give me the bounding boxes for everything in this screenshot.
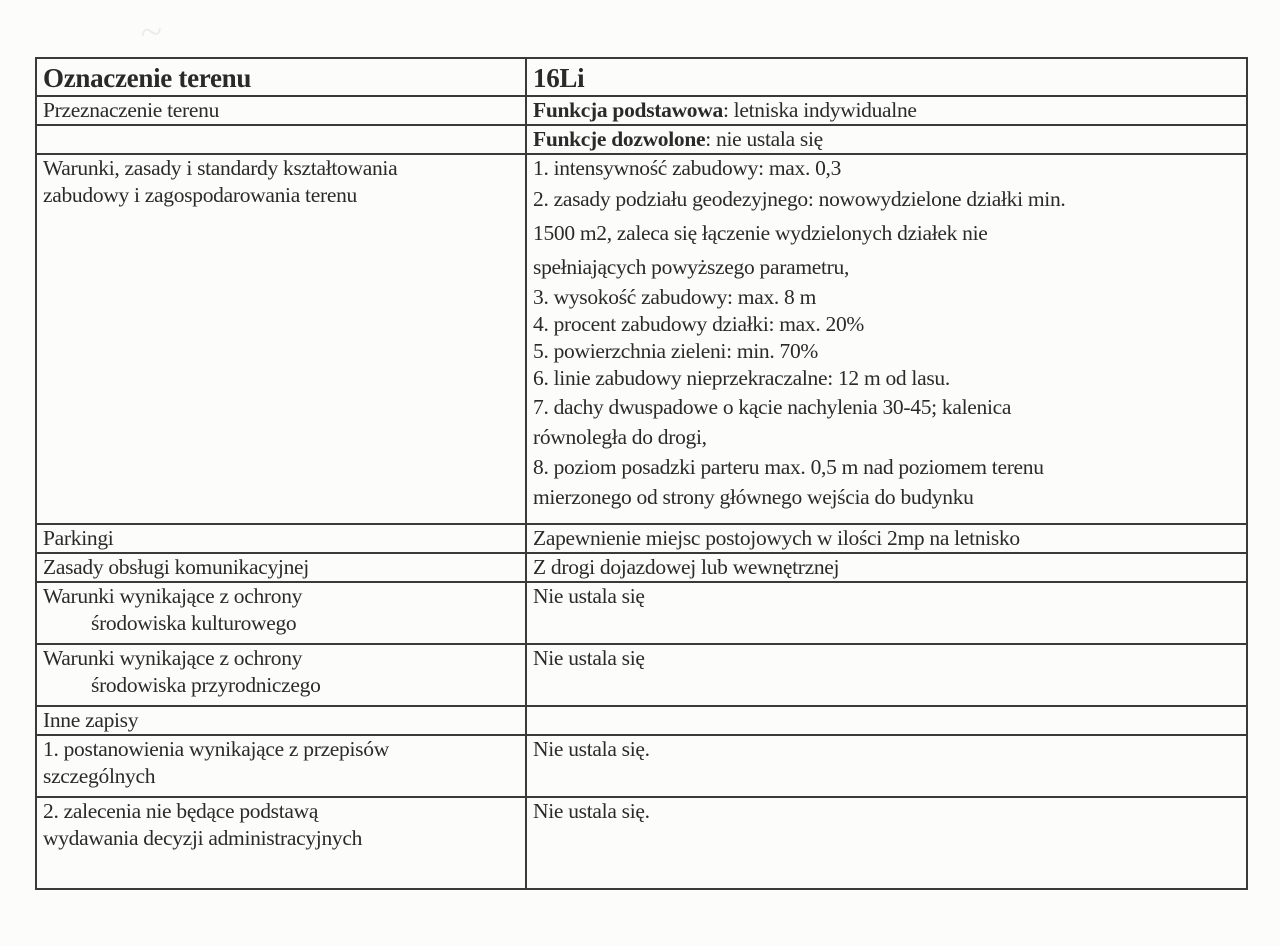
table-row-inne: Inne zapisy xyxy=(36,706,1247,735)
przeznaczenie-value: Funkcja podstawowa: letniska indywidualn… xyxy=(526,96,1247,125)
warunki-item: spełniających powyższego parametru, xyxy=(533,250,1240,284)
scanned-page: ~ Oznaczenie terenu 16Li Przeznaczenie t… xyxy=(0,0,1280,946)
table-row-zalecenia: 2. zalecenia nie będące podstawą wydawan… xyxy=(36,797,1247,889)
header-value: 16Li xyxy=(526,58,1247,96)
zalecenia-label-line1: 2. zalecenia nie będące podstawą xyxy=(43,798,519,825)
komunikacja-value: Z drogi dojazdowej lub wewnętrznej xyxy=(526,553,1247,582)
warunki-label: Warunki, zasady i standardy kształtowani… xyxy=(36,154,526,524)
funkcje-dozwolone-label-empty xyxy=(36,125,526,154)
warunki-item: 1500 m2, zaleca się łączenie wydzielonyc… xyxy=(533,216,1240,250)
postanowienia-label: 1. postanowienia wynikające z przepisów … xyxy=(36,735,526,797)
funkcja-podstawowa-label: Funkcja podstawowa xyxy=(533,98,723,122)
przyrodnicze-label-line1: Warunki wynikające z ochrony xyxy=(43,645,519,672)
kulturowe-label-line1: Warunki wynikające z ochrony xyxy=(43,583,519,610)
faint-handwriting: ~ xyxy=(138,7,163,55)
warunki-item: mierzonego od strony głównego wejścia do… xyxy=(533,482,1240,512)
zoning-table: Oznaczenie terenu 16Li Przeznaczenie ter… xyxy=(35,57,1248,890)
warunki-item: 2. zasady podziału geodezyjnego: nowowyd… xyxy=(533,182,1240,216)
kulturowe-value: Nie ustala się xyxy=(526,582,1247,644)
table-row-przeznaczenie: Przeznaczenie terenu Funkcja podstawowa:… xyxy=(36,96,1247,125)
inne-label: Inne zapisy xyxy=(36,706,526,735)
warunki-label-line2: zabudowy i zagospodarowania terenu xyxy=(43,182,519,209)
parkingi-label: Parkingi xyxy=(36,524,526,553)
zalecenia-label-line2: wydawania decyzji administracyjnych xyxy=(43,825,519,852)
warunki-item: 4. procent zabudowy działki: max. 20% xyxy=(533,311,1240,338)
table-row-przyrodnicze: Warunki wynikające z ochrony środowiska … xyxy=(36,644,1247,706)
warunki-item: równoległa do drogi, xyxy=(533,422,1240,452)
parkingi-value: Zapewnienie miejsc postojowych w ilości … xyxy=(526,524,1247,553)
warunki-label-line1: Warunki, zasady i standardy kształtowani… xyxy=(43,155,519,182)
table-row-kulturowe: Warunki wynikające z ochrony środowiska … xyxy=(36,582,1247,644)
warunki-item: 5. powierzchnia zieleni: min. 70% xyxy=(533,338,1240,365)
funkcje-dozwolone-value: Funkcje dozwolone: nie ustala się xyxy=(526,125,1247,154)
funkcje-dozwolone-text: : nie ustala się xyxy=(705,127,823,151)
kulturowe-label: Warunki wynikające z ochrony środowiska … xyxy=(36,582,526,644)
zalecenia-value: Nie ustala się. xyxy=(526,797,1247,889)
komunikacja-label: Zasady obsługi komunikacyjnej xyxy=(36,553,526,582)
table-row-warunki: Warunki, zasady i standardy kształtowani… xyxy=(36,154,1247,524)
warunki-items: 1. intensywność zabudowy: max. 0,3 2. za… xyxy=(526,154,1247,524)
table-row-parkingi: Parkingi Zapewnienie miejsc postojowych … xyxy=(36,524,1247,553)
przyrodnicze-value: Nie ustala się xyxy=(526,644,1247,706)
table-row-funkcje-dozwolone: Funkcje dozwolone: nie ustala się xyxy=(36,125,1247,154)
warunki-item: 8. poziom posadzki parteru max. 0,5 m na… xyxy=(533,452,1240,482)
przeznaczenie-label: Przeznaczenie terenu xyxy=(36,96,526,125)
funkcja-podstawowa-value: : letniska indywidualne xyxy=(723,98,917,122)
postanowienia-value: Nie ustala się. xyxy=(526,735,1247,797)
zalecenia-label: 2. zalecenia nie będące podstawą wydawan… xyxy=(36,797,526,889)
postanowienia-label-line1: 1. postanowienia wynikające z przepisów xyxy=(43,736,519,763)
warunki-item: 7. dachy dwuspadowe o kącie nachylenia 3… xyxy=(533,392,1240,422)
inne-value xyxy=(526,706,1247,735)
przyrodnicze-label-line2: środowiska przyrodniczego xyxy=(43,672,519,699)
table-row-header: Oznaczenie terenu 16Li xyxy=(36,58,1247,96)
przyrodnicze-label: Warunki wynikające z ochrony środowiska … xyxy=(36,644,526,706)
table-row-komunikacja: Zasady obsługi komunikacyjnej Z drogi do… xyxy=(36,553,1247,582)
funkcje-dozwolone-label: Funkcje dozwolone xyxy=(533,127,705,151)
warunki-item: 3. wysokość zabudowy: max. 8 m xyxy=(533,284,1240,311)
warunki-item: 1. intensywność zabudowy: max. 0,3 xyxy=(533,155,1240,182)
postanowienia-label-line2: szczególnych xyxy=(43,763,519,790)
kulturowe-label-line2: środowiska kulturowego xyxy=(43,610,519,637)
table-row-postanowienia: 1. postanowienia wynikające z przepisów … xyxy=(36,735,1247,797)
warunki-item: 6. linie zabudowy nieprzekraczalne: 12 m… xyxy=(533,365,1240,392)
header-label: Oznaczenie terenu xyxy=(36,58,526,96)
